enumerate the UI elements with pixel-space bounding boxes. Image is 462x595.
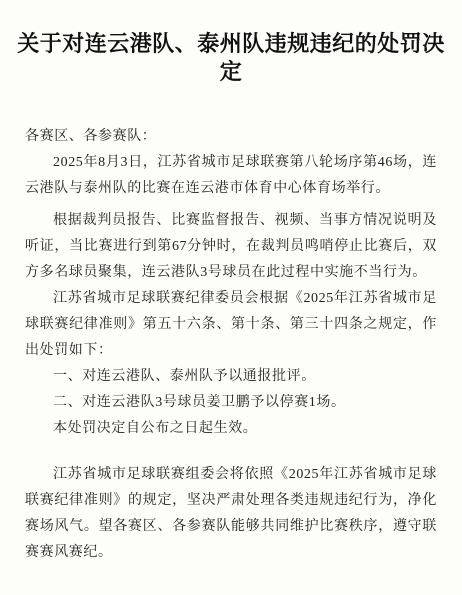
document-body: 各赛区、各参赛队： 2025年8月3日，江苏省城市足球联赛第八轮场序第46场，连… xyxy=(25,124,437,566)
penalty-item-1: 一、对连云港队、泰州队予以通报批评。 xyxy=(25,364,437,390)
paragraph-closing-statement: 江苏省城市足球联赛组委会将依照《2025年江苏省城市足球联赛纪律准则》的规定，坚… xyxy=(25,462,437,566)
paragraph-match-info: 2025年8月3日，江苏省城市足球联赛第八轮场序第46场，连云港队与泰州队的比赛… xyxy=(25,150,437,202)
paragraph-incident-description: 根据裁判员报告、比赛监督报告、视频、当事方情况说明及听证，当比赛进行到第67分钟… xyxy=(25,208,437,286)
paragraph-ruling-basis: 江苏省城市足球联赛纪律委员会根据《2025年江苏省城市足球联赛纪律准则》第五十六… xyxy=(25,286,437,364)
salutation: 各赛区、各参赛队： xyxy=(25,124,437,150)
document-page: 关于对连云港队、泰州队违规违纪的处罚决定 各赛区、各参赛队： 2025年8月3日… xyxy=(0,0,462,595)
penalty-item-2: 二、对连云港队3号球员姜卫鹏予以停赛1场。 xyxy=(25,390,437,416)
document-title: 关于对连云港队、泰州队违规违纪的处罚决定 xyxy=(16,30,446,86)
paragraph-effective-date: 本处罚决定自公布之日起生效。 xyxy=(25,416,437,442)
